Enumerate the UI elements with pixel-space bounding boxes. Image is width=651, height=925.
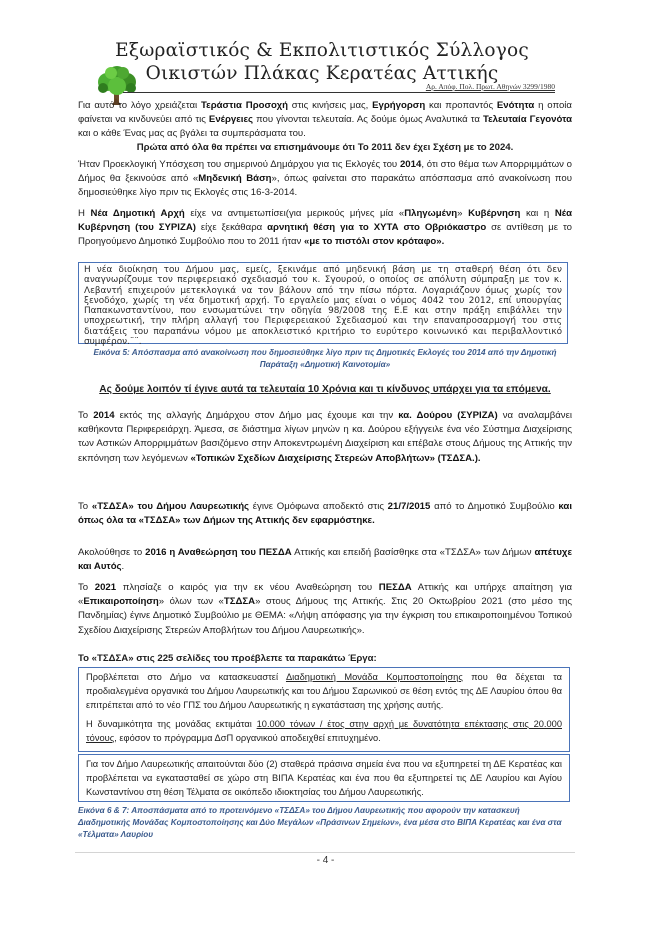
document-page: Εξωραϊστικός & Εκπολιτιστικός Σύλλογος Ο… (0, 0, 651, 925)
association-name-line2: Οικιστών Πλάκας Κερατέας Αττικής (107, 63, 537, 84)
pesda-2021-paragraph: Το 2021 πλησίαζε ο καιρός για την εκ νέο… (78, 581, 572, 638)
registration-number: Αρ. Απόφ. Πολ. Πρωτ. Αθηνών 3299/1980 (426, 82, 555, 91)
header-rule (123, 92, 555, 93)
pesda-2016-paragraph: Ακολούθησε το 2016 η Αναθεώρηση του ΠΕΣΔ… (78, 546, 572, 574)
promise-paragraph: Ήταν Προεκλογική Υπόσχεση του σημερινού … (78, 158, 572, 201)
figure-6-7-caption: Εικόνα 6 & 7: Αποσπάσματα από το προτειν… (78, 805, 572, 841)
letterhead: Εξωραϊστικός & Εκπολιτιστικός Σύλλογος Ο… (95, 40, 535, 100)
intro-heading: Πρώτα από όλα θα πρέπει να επισημάνουμε … (78, 141, 572, 155)
section-heading: Ας δούμε λοιπόν τί έγινε αυτά τα τελευτα… (78, 383, 572, 397)
figure-5-caption: Εικόνα 5: Απόσπασμα από ανακοίνωση που δ… (78, 347, 572, 371)
tsdsa-lavreotiki-paragraph: Το «ΤΣΔΣΑ» του Δήμου Λαυρεωτικής έγινε Ο… (78, 500, 572, 528)
intro-paragraph: Για αυτό το λόγο χρειάζεται Τεράστια Προ… (78, 99, 572, 142)
composting-excerpt: Προβλέπεται στο Δήμο να κατασκευαστεί Δι… (78, 667, 570, 752)
composting-excerpt-para1: Προβλέπεται στο Δήμο να κατασκευαστεί Δι… (86, 670, 562, 712)
projects-heading: Το «ΤΣΔΣΑ» στις 225 σελίδες του προέβλεπ… (78, 652, 572, 666)
green-points-excerpt: Για τον Δήμο Λαυρεωτικής απαιτούνται δύο… (78, 754, 570, 802)
quoted-announcement: Η νέα διοίκηση του Δήμου μας, εμείς, ξεκ… (78, 262, 568, 344)
composting-excerpt-para2: Η δυναμικότητα της μονάδας εκτιμάται 10.… (86, 717, 562, 745)
new-authority-paragraph: Η Νέα Δημοτική Αρχή είχε να αντιμετωπίσε… (78, 207, 572, 250)
association-name-line1: Εξωραϊστικός & Εκπολιτιστικός Σύλλογος (107, 40, 537, 61)
footer-rule (75, 852, 575, 853)
douroy-paragraph: Το 2014 εκτός της αλλαγής Δημάρχου στον … (78, 409, 572, 466)
page-number: - 4 - (0, 855, 651, 866)
